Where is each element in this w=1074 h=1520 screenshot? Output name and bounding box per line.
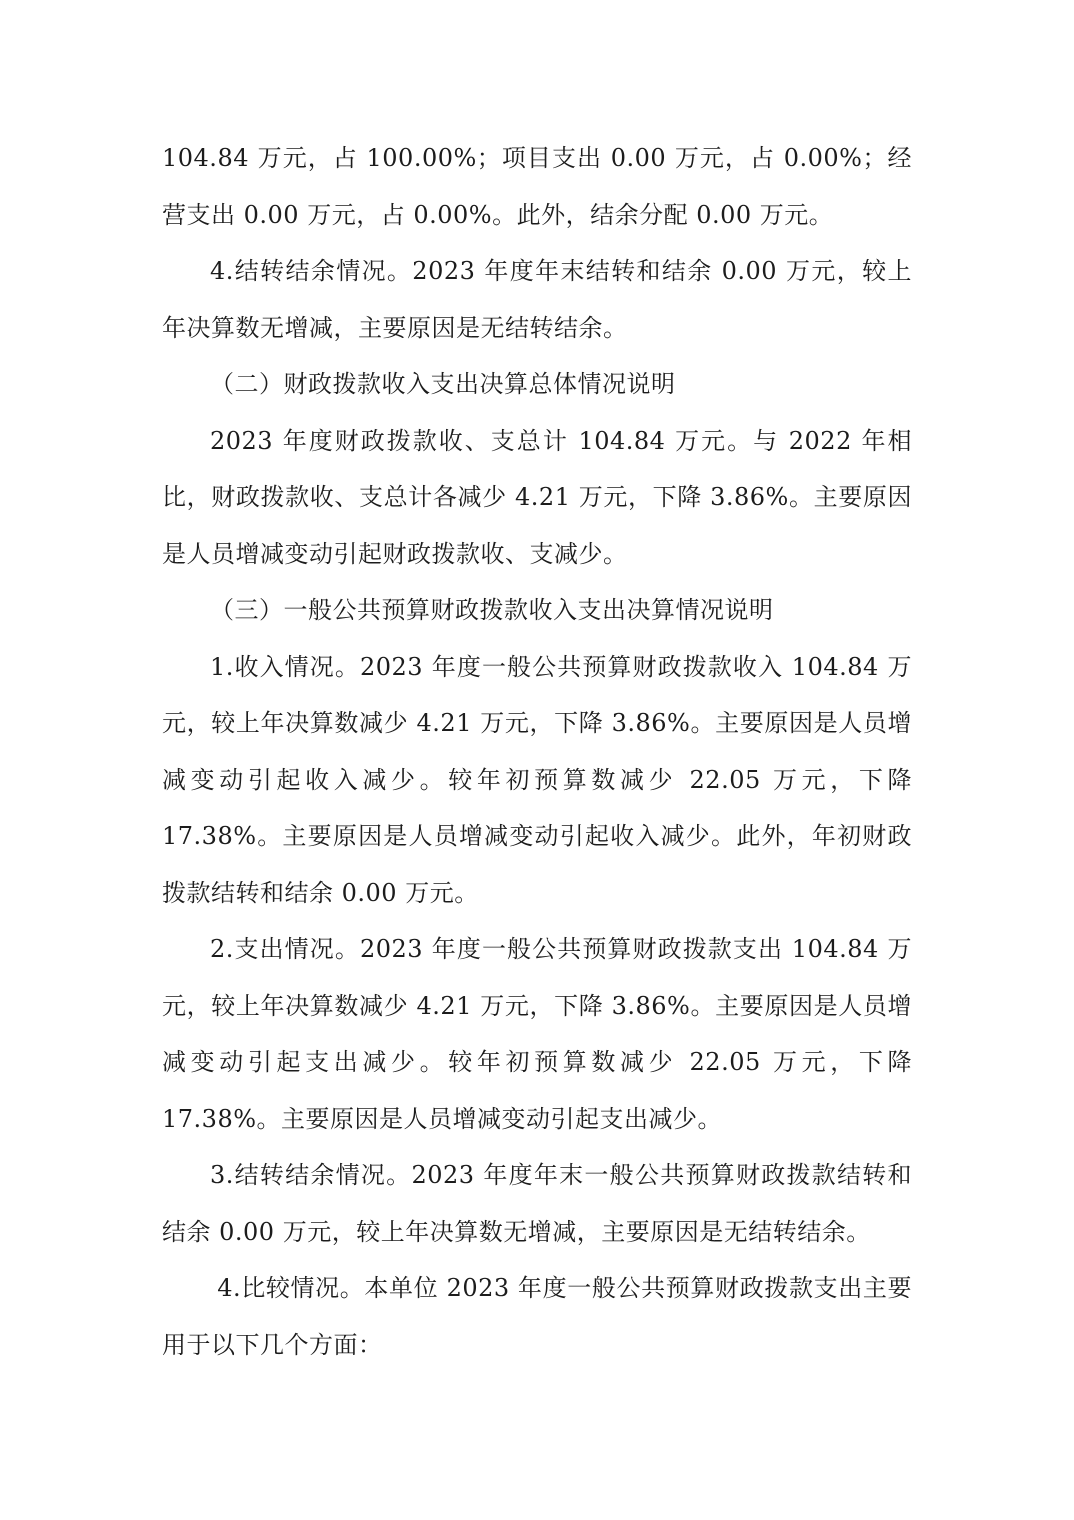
heading-section-3-general-public-budget: （三）一般公共预算财政拨款收入支出决算情况说明 <box>162 582 912 639</box>
para-expenditure-situation: 2.支出情况。2023 年度一般公共预算财政拨款支出 104.84 万元，较上年… <box>162 921 912 1147</box>
para-income-situation: 1.收入情况。2023 年度一般公共预算财政拨款收入 104.84 万元，较上年… <box>162 639 912 922</box>
para-carryover-balance: 4.结转结余情况。2023 年度年末结转和结余 0.00 万元，较上年决算数无增… <box>162 243 912 356</box>
para-carryover-balance-general-budget: 3.结转结余情况。2023 年度年末一般公共预算财政拨款结转和结余 0.00 万… <box>162 1147 912 1260</box>
heading-section-2-fiscal-appropriation-overview: （二）财政拨款收入支出决算总体情况说明 <box>162 356 912 413</box>
document-page: 104.84 万元，占 100.00%；项目支出 0.00 万元，占 0.00%… <box>0 0 1074 1520</box>
para-fiscal-appropriation-total: 2023 年度财政拨款收、支总计 104.84 万元。与 2022 年相比，财政… <box>162 413 912 583</box>
para-comparison-intro: 4.比较情况。本单位 2023 年度一般公共预算财政拨款支出主要用于以下几个方面… <box>162 1260 912 1373</box>
document-body: 104.84 万元，占 100.00%；项目支出 0.00 万元，占 0.00%… <box>162 130 912 1373</box>
para-expenditure-composition-continued: 104.84 万元，占 100.00%；项目支出 0.00 万元，占 0.00%… <box>162 130 912 243</box>
